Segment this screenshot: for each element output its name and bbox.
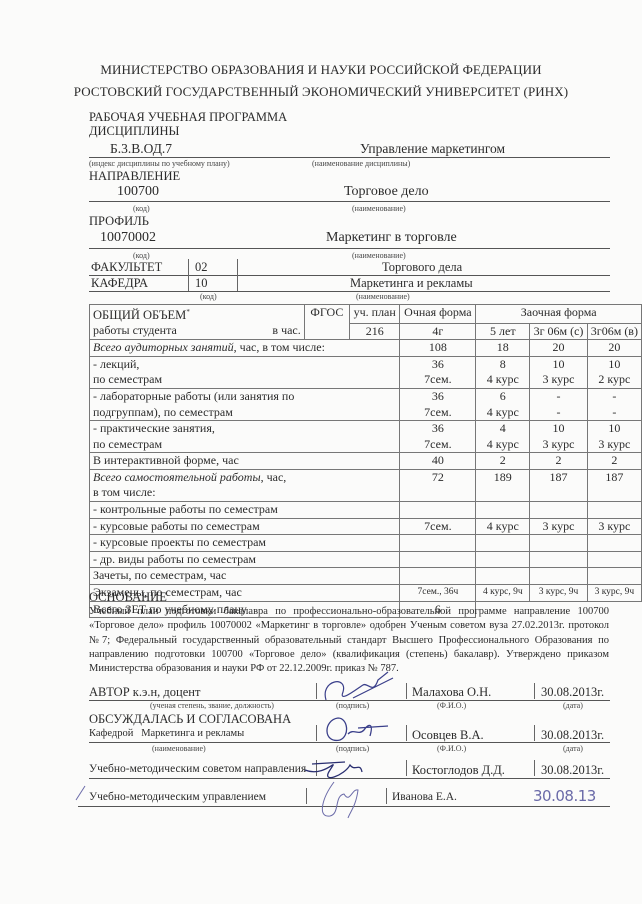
department-prefix: Кафедрой <box>89 728 133 739</box>
row-value <box>400 502 476 519</box>
code-caption: (код) <box>200 292 217 301</box>
code-caption: (код) <box>133 251 150 260</box>
administration-name: Иванова Е.А. <box>392 791 457 803</box>
row-value: 7сем. <box>400 437 476 453</box>
row-value <box>530 535 588 552</box>
name-caption: (наименование) <box>352 204 406 213</box>
row-label: - практические занятия, <box>90 421 400 437</box>
row-value <box>530 568 588 585</box>
direction-name: Торговое дело <box>344 184 429 200</box>
row-value: 2 <box>587 453 641 470</box>
row-value: 3 курс <box>587 518 641 535</box>
row-value: 6 <box>476 389 530 405</box>
table-row: Зачеты, по семестрам, час <box>90 568 642 585</box>
row-label: - лабораторные работы (или занятия по <box>90 389 400 405</box>
row-value <box>587 502 641 519</box>
row-value <box>587 535 641 552</box>
row-value: 189 <box>476 470 530 502</box>
profile-label: ПРОФИЛЬ <box>89 214 149 229</box>
signature-administration <box>312 778 372 833</box>
row-value: 8 <box>476 356 530 372</box>
table-row: по семестрам7сем.4 курс3 курс3 курс <box>90 437 642 453</box>
row-value: 10 <box>530 356 588 372</box>
faculty-code: 02 <box>195 260 208 275</box>
council-name: Костоглодов Д.Д. <box>412 763 505 778</box>
author-name: Малахова О.Н. <box>412 685 491 700</box>
table-row: - курсовые проекты по семестрам <box>90 535 642 552</box>
table-row: - контрольные работы по семестрам <box>90 502 642 519</box>
row-value <box>476 502 530 519</box>
row-label: - лекций, <box>90 356 400 372</box>
divider <box>89 291 610 292</box>
table-row: подгруппам), по семестрам7сем.4 курс-- <box>90 405 642 421</box>
direction-label: НАПРАВЛЕНИЕ <box>89 169 180 184</box>
department-date: 30.08.2013г. <box>541 728 604 743</box>
divider <box>89 248 610 249</box>
divider <box>316 683 317 699</box>
row-value <box>400 535 476 552</box>
row-value: - <box>587 405 641 421</box>
row-value: - <box>530 389 588 405</box>
row-label: по семестрам <box>90 437 400 453</box>
faculty-name: Торгового дела <box>382 260 462 275</box>
basis-text: Учебный план подготовки бакалавра по про… <box>89 605 609 676</box>
row-value: 3 курс <box>587 437 641 453</box>
row-value <box>476 568 530 585</box>
table-row: В интерактивной форме, час40222 <box>90 453 642 470</box>
row-value: 187 <box>587 470 641 502</box>
divider <box>534 760 535 776</box>
row-label: - курсовые проекты по семестрам <box>90 535 400 552</box>
direction-code: 100700 <box>117 184 159 200</box>
row-value <box>400 568 476 585</box>
row-value: 187 <box>530 470 588 502</box>
total-volume-label: ОБЩИЙ ОБЪЕМ <box>93 308 186 322</box>
author-label: АВТОР к.э.н, доцент <box>89 685 200 700</box>
row-value: 7сем. <box>400 372 476 388</box>
divider <box>89 157 610 158</box>
table-row: Экзамены, по семестрам, час7сем., 36ч4 к… <box>90 584 642 601</box>
row-label: по семестрам <box>90 372 400 388</box>
row-value: 7сем., 36ч <box>400 584 476 601</box>
part-time-header: Заочная форма <box>476 305 642 324</box>
table-row: - практические занятия,3641010 <box>90 421 642 437</box>
table-header-row: работы студента в час. 216 4г 5 лет 3г 0… <box>90 323 642 340</box>
row-value: 3 курс <box>530 372 588 388</box>
table-row: Всего самостоятельной работы, час,в том … <box>90 470 642 502</box>
fgos-header: ФГОС <box>304 305 349 324</box>
row-label: В интерактивной форме, час <box>90 453 400 470</box>
row-value <box>530 551 588 568</box>
council-label: Учебно-методическим советом направления <box>89 763 306 775</box>
row-value: 7сем. <box>400 405 476 421</box>
table-header-row: ОБЩИЙ ОБЪЕМ* ФГОС уч. план Очная форма З… <box>90 305 642 324</box>
divider <box>406 683 407 699</box>
name-caption: (наименование) <box>352 251 406 260</box>
row-value: 36 <box>400 421 476 437</box>
council-date: 30.08.2013г. <box>541 763 604 778</box>
part-time-term: 3г 06м (с) <box>530 323 588 340</box>
row-label: Всего самостоятельной работы, час,в том … <box>90 470 400 502</box>
row-value: 4 курс <box>476 372 530 388</box>
divider <box>386 788 387 804</box>
part-time-term: 5 лет <box>476 323 530 340</box>
row-label: Зачеты, по семестрам, час <box>90 568 400 585</box>
row-value: 2 курс <box>587 372 641 388</box>
row-value: 18 <box>476 340 530 357</box>
faculty-label: ФАКУЛЬТЕТ <box>91 260 162 275</box>
ministry-heading: МИНИСТЕРСТВО ОБРАЗОВАНИЯ И НАУКИ РОССИЙС… <box>0 62 642 78</box>
row-value: 36 <box>400 356 476 372</box>
row-value: 2 <box>530 453 588 470</box>
row-value: 108 <box>400 340 476 357</box>
profile-code: 10070002 <box>100 230 156 246</box>
row-value: 10 <box>587 356 641 372</box>
divider <box>406 760 407 776</box>
divider <box>188 259 189 291</box>
index-caption: (индекс дисциплины по учебному плану) <box>89 159 230 168</box>
table-row: - лабораторные работы (или занятия по366… <box>90 389 642 405</box>
plan-header: уч. план <box>350 305 400 324</box>
row-value: 4 курс <box>476 405 530 421</box>
divider <box>534 683 535 699</box>
administration-label: Учебно-методическим управлением <box>89 791 266 803</box>
full-time-header: Очная форма <box>400 305 476 324</box>
row-value: 3 курс, 9ч <box>530 584 588 601</box>
row-value <box>400 551 476 568</box>
divider <box>406 725 407 741</box>
program-title-line1: РАБОЧАЯ УЧЕБНАЯ ПРОГРАММА <box>89 110 287 125</box>
position-caption: (ученая степень, звание, должность) <box>150 701 274 710</box>
table-row: - лекций,3681010 <box>90 356 642 372</box>
row-value: - <box>530 405 588 421</box>
row-label: подгруппам), по семестрам <box>90 405 400 421</box>
row-label: - курсовые работы по семестрам <box>90 518 400 535</box>
divider <box>89 201 610 202</box>
row-label: - др. виды работы по семестрам <box>90 551 400 568</box>
discussed-label: ОБСУЖДАЛАСЬ И СОГЛАСОВАНА <box>89 712 291 727</box>
table-row: - др. виды работы по семестрам <box>90 551 642 568</box>
checkmark-mark <box>74 784 88 807</box>
row-value <box>587 568 641 585</box>
row-value: 2 <box>476 453 530 470</box>
row-value: 3 курс <box>530 518 588 535</box>
row-value: 20 <box>587 340 641 357</box>
fio-caption: (Ф.И.О.) <box>437 701 466 710</box>
full-time-term: 4г <box>400 323 476 340</box>
plan-value: 216 <box>350 323 400 340</box>
row-value: - <box>587 389 641 405</box>
signature-author <box>318 670 398 715</box>
row-value: 4 курс <box>476 437 530 453</box>
divider <box>316 725 317 741</box>
row-value <box>476 551 530 568</box>
discipline-index: Б.3.В.ОД.7 <box>110 141 172 157</box>
author-date: 30.08.2013г. <box>541 685 604 700</box>
department-label: КАФЕДРА <box>91 276 148 291</box>
row-value: 3 курс <box>530 437 588 453</box>
department-head-name: Осовцев В.А. <box>412 728 484 743</box>
university-heading: РОСТОВСКИЙ ГОСУДАРСТВЕННЫЙ ЭКОНОМИЧЕСКИЙ… <box>0 84 642 100</box>
row-value: 7сем. <box>400 518 476 535</box>
administration-date-handwritten: 30.08.13 <box>533 787 596 805</box>
profile-name: Маркетинг в торговле <box>326 230 457 246</box>
department-code: 10 <box>195 276 208 291</box>
basis-title: ОСНОВАНИЕ <box>89 590 167 605</box>
row-value: 10 <box>530 421 588 437</box>
name-caption: (наименование дисциплины) <box>312 159 410 168</box>
signature-department <box>318 710 398 755</box>
row-value: 4 <box>476 421 530 437</box>
table-row: - курсовые работы по семестрам7сем.4 кур… <box>90 518 642 535</box>
divider <box>237 259 238 291</box>
department-name: Маркетинга и рекламы <box>350 276 473 291</box>
name-caption: (наименование) <box>152 744 206 753</box>
row-value: 4 курс <box>476 518 530 535</box>
student-work-label: работы студента <box>90 323 234 340</box>
row-value: 36 <box>400 389 476 405</box>
row-value: 4 курс, 9ч <box>476 584 530 601</box>
unit-label: в час. <box>233 323 304 340</box>
row-label: Всего аудиторных занятий, час, в том чис… <box>90 340 400 357</box>
name-caption: (наименование) <box>356 292 410 301</box>
table-row: Всего аудиторных занятий, час, в том чис… <box>90 340 642 357</box>
row-value: 20 <box>530 340 588 357</box>
row-value: 3 курс, 9ч <box>587 584 641 601</box>
department-approval-name: Маркетинга и рекламы <box>141 728 244 739</box>
discipline-name: Управление маркетингом <box>360 141 505 157</box>
program-title-line2: ДИСЦИПЛИНЫ <box>89 124 179 139</box>
divider <box>534 725 535 741</box>
row-value <box>587 551 641 568</box>
fio-caption: (Ф.И.О.) <box>437 744 466 753</box>
date-caption: (дата) <box>563 701 583 710</box>
table-row: по семестрам7сем.4 курс3 курс2 курс <box>90 372 642 388</box>
row-label: - контрольные работы по семестрам <box>90 502 400 519</box>
row-value <box>530 502 588 519</box>
row-value <box>476 535 530 552</box>
department-approval: Кафедрой Маркетинга и рекламы <box>89 728 244 739</box>
fgos-value <box>304 323 349 340</box>
part-time-term: 3г06м (в) <box>587 323 641 340</box>
volume-table: ОБЩИЙ ОБЪЕМ* ФГОС уч. план Очная форма З… <box>89 304 642 618</box>
code-caption: (код) <box>133 204 150 213</box>
row-value: 40 <box>400 453 476 470</box>
date-caption: (дата) <box>563 744 583 753</box>
row-value: 72 <box>400 470 476 502</box>
row-value: 10 <box>587 421 641 437</box>
